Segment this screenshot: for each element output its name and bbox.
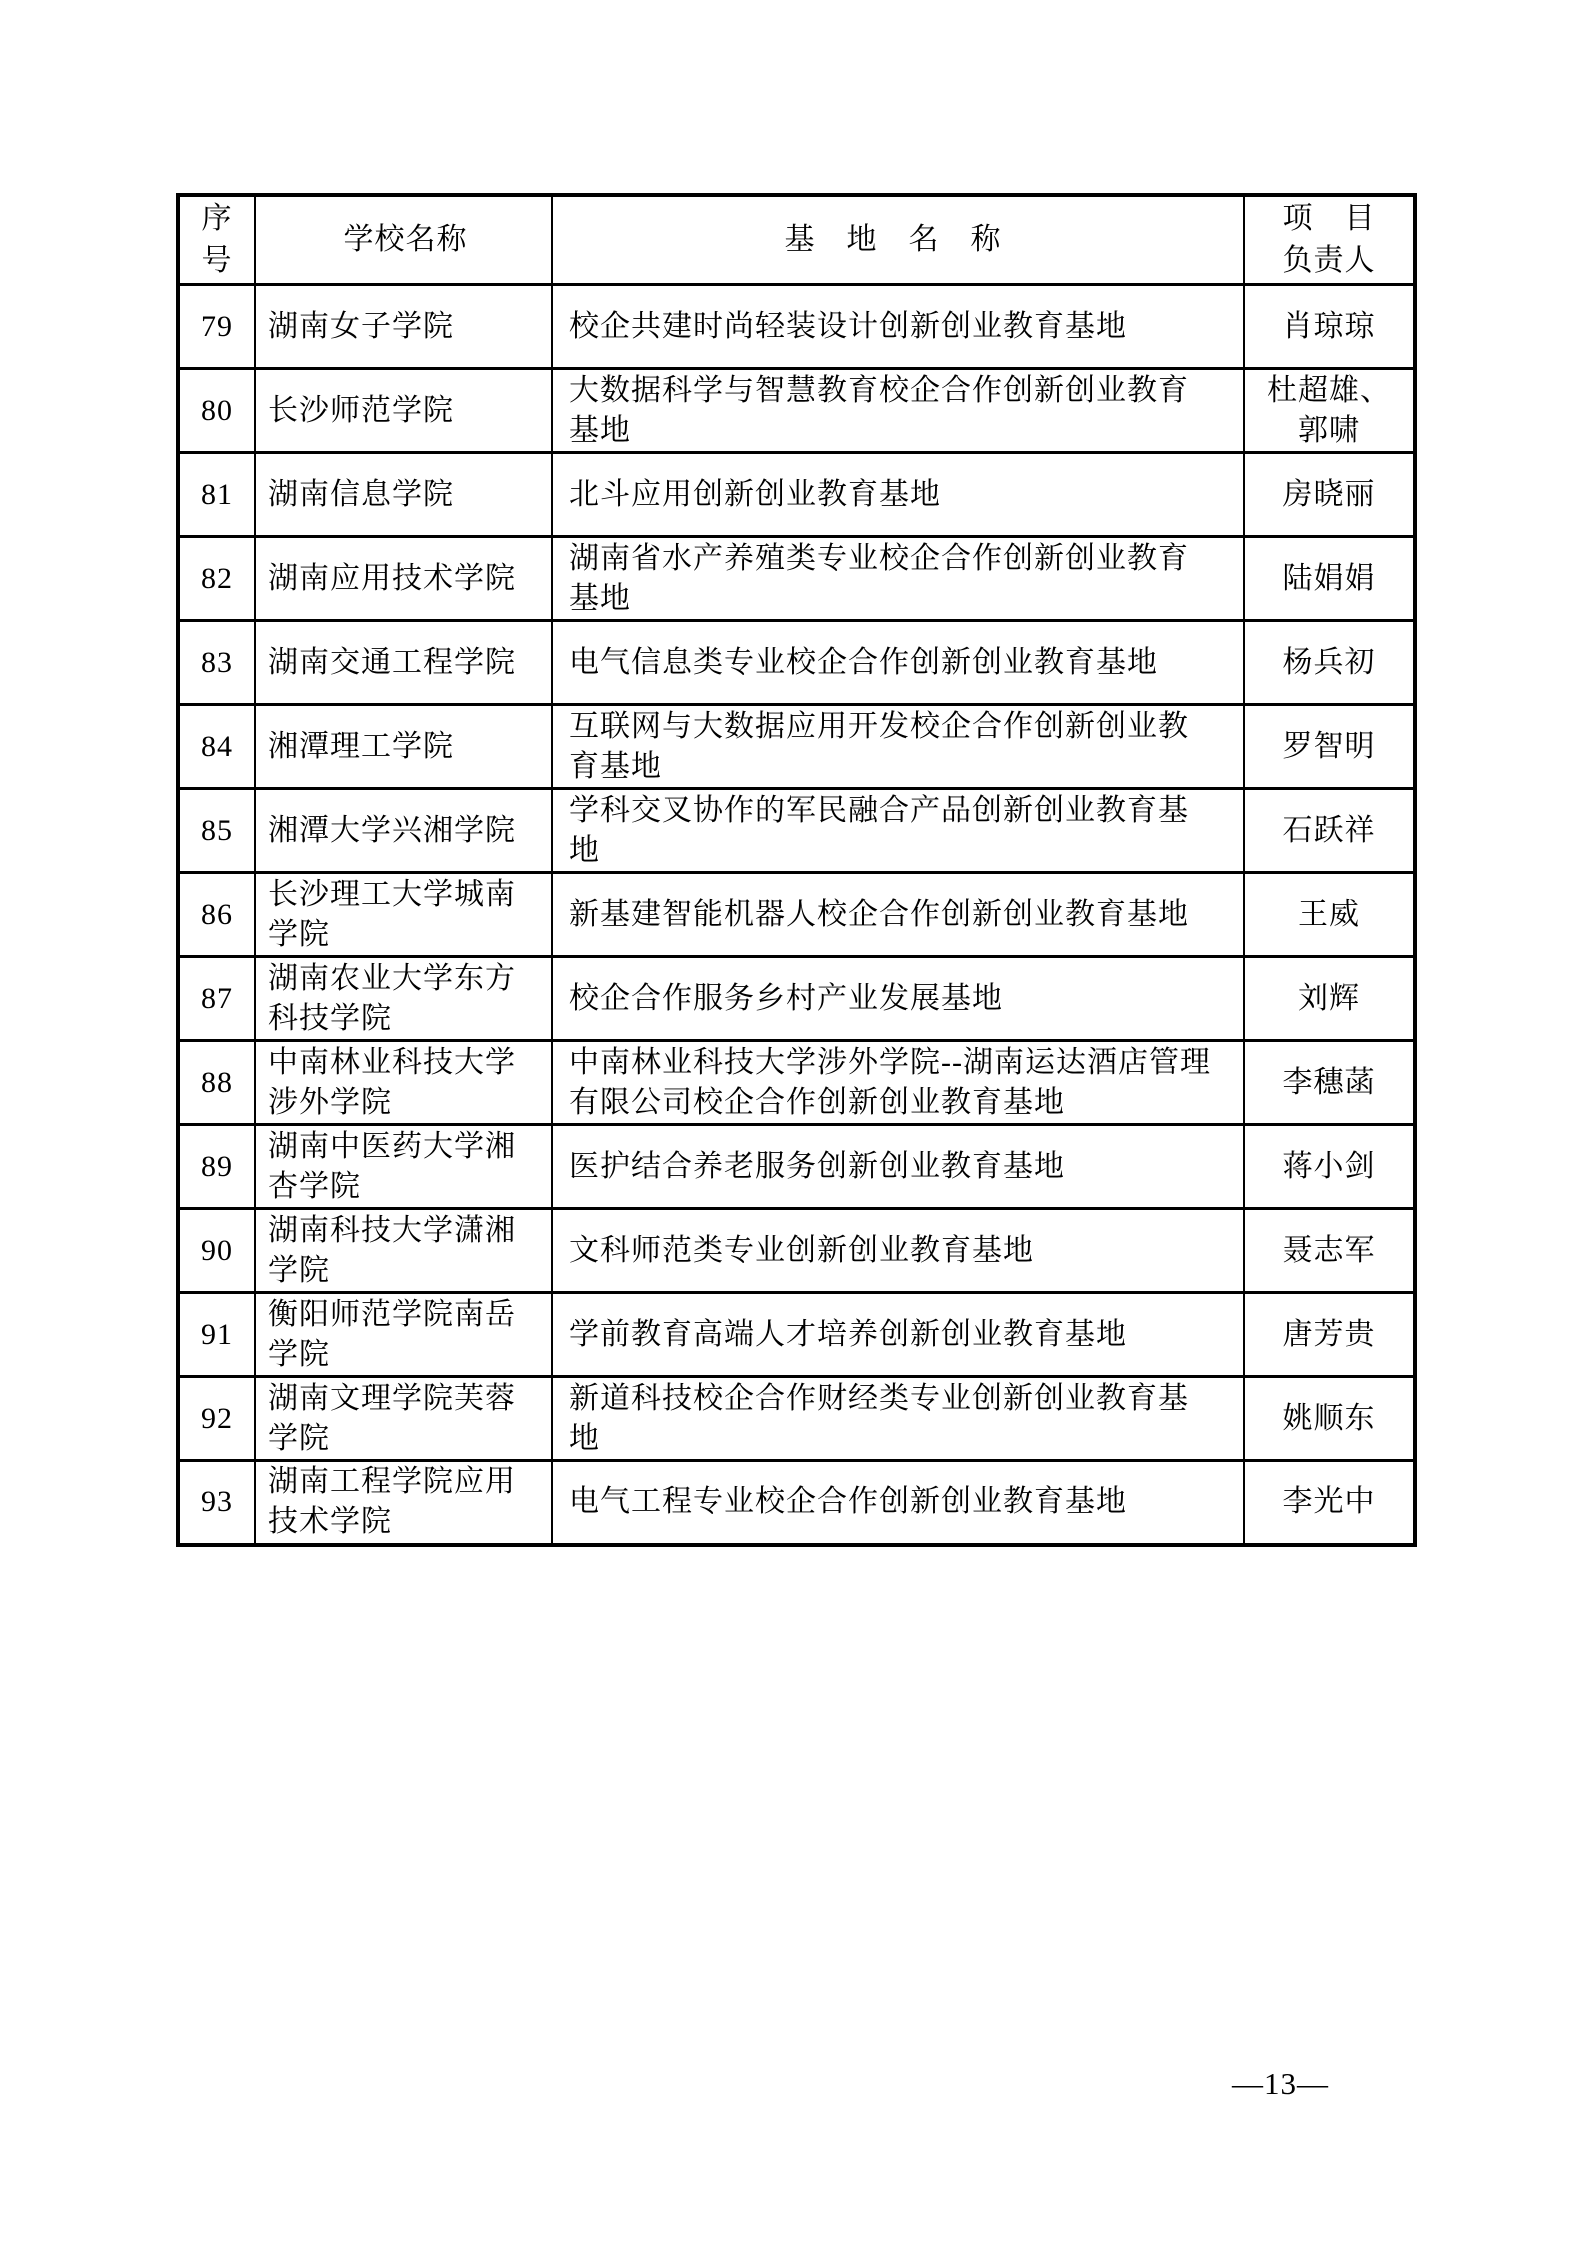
table-row: 82 湖南应用技术学院 湖南省水产养殖类专业校企合作创新创业教育基地 陆娟娟 (178, 537, 1415, 621)
base-name: 互联网与大数据应用开发校企合作创新创业教育基地 (552, 705, 1244, 789)
base-name: 医护结合养老服务创新创业教育基地 (552, 1125, 1244, 1209)
school-name: 湖南信息学院 (255, 453, 552, 537)
header-school: 学校名称 (255, 195, 552, 285)
page-number: —13— (1232, 2066, 1329, 2102)
header-leader: 项 目 负责人 (1244, 195, 1415, 285)
table-row: 85 湘潭大学兴湘学院 学科交叉协作的军民融合产品创新创业教育基地 石跃祥 (178, 789, 1415, 873)
row-no: 93 (178, 1461, 255, 1545)
base-name: 新基建智能机器人校企合作创新创业教育基地 (552, 873, 1244, 957)
project-leader: 蒋小剑 (1244, 1125, 1415, 1209)
base-name: 大数据科学与智慧教育校企合作创新创业教育基地 (552, 369, 1244, 453)
table-row: 89 湖南中医药大学湘杏学院 医护结合养老服务创新创业教育基地 蒋小剑 (178, 1125, 1415, 1209)
header-no: 序 号 (178, 195, 255, 285)
table-row: 79 湖南女子学院 校企共建时尚轻装设计创新创业教育基地 肖琼琼 (178, 285, 1415, 369)
project-leader: 刘辉 (1244, 957, 1415, 1041)
school-name: 湖南科技大学潇湘学院 (255, 1209, 552, 1293)
project-leader: 李穗菡 (1244, 1041, 1415, 1125)
school-name: 湖南交通工程学院 (255, 621, 552, 705)
project-leader: 罗智明 (1244, 705, 1415, 789)
school-name: 湖南农业大学东方科技学院 (255, 957, 552, 1041)
table-row: 84 湘潭理工学院 互联网与大数据应用开发校企合作创新创业教育基地 罗智明 (178, 705, 1415, 789)
row-no: 88 (178, 1041, 255, 1125)
row-no: 90 (178, 1209, 255, 1293)
school-name: 湘潭大学兴湘学院 (255, 789, 552, 873)
table-row: 81 湖南信息学院 北斗应用创新创业教育基地 房晓丽 (178, 453, 1415, 537)
base-name: 学科交叉协作的军民融合产品创新创业教育基地 (552, 789, 1244, 873)
base-name: 电气信息类专业校企合作创新创业教育基地 (552, 621, 1244, 705)
header-row: 序 号 学校名称 基 地 名 称 项 目 负责人 (178, 195, 1415, 285)
row-no: 86 (178, 873, 255, 957)
row-no: 82 (178, 537, 255, 621)
table-row: 86 长沙理工大学城南学院 新基建智能机器人校企合作创新创业教育基地 王威 (178, 873, 1415, 957)
base-name: 北斗应用创新创业教育基地 (552, 453, 1244, 537)
project-leader: 姚顺东 (1244, 1377, 1415, 1461)
row-no: 92 (178, 1377, 255, 1461)
education-base-table: 序 号 学校名称 基 地 名 称 项 目 负责人 79 湖南女子学院 校企共建时… (176, 193, 1417, 1547)
base-name: 新道科技校企合作财经类专业创新创业教育基地 (552, 1377, 1244, 1461)
school-name: 长沙师范学院 (255, 369, 552, 453)
project-leader: 陆娟娟 (1244, 537, 1415, 621)
table-row: 93 湖南工程学院应用技术学院 电气工程专业校企合作创新创业教育基地 李光中 (178, 1461, 1415, 1545)
project-leader: 杜超雄、郭啸 (1244, 369, 1415, 453)
row-no: 91 (178, 1293, 255, 1377)
school-name: 湖南应用技术学院 (255, 537, 552, 621)
project-leader: 李光中 (1244, 1461, 1415, 1545)
base-name: 湖南省水产养殖类专业校企合作创新创业教育基地 (552, 537, 1244, 621)
row-no: 80 (178, 369, 255, 453)
table-row: 88 中南林业科技大学涉外学院 中南林业科技大学涉外学院--湖南运达酒店管理有限… (178, 1041, 1415, 1125)
table-row: 92 湖南文理学院芙蓉学院 新道科技校企合作财经类专业创新创业教育基地 姚顺东 (178, 1377, 1415, 1461)
school-name: 湖南文理学院芙蓉学院 (255, 1377, 552, 1461)
school-name: 长沙理工大学城南学院 (255, 873, 552, 957)
school-name: 湘潭理工学院 (255, 705, 552, 789)
project-leader: 王威 (1244, 873, 1415, 957)
project-leader: 石跃祥 (1244, 789, 1415, 873)
row-no: 84 (178, 705, 255, 789)
row-no: 81 (178, 453, 255, 537)
base-name: 校企合作服务乡村产业发展基地 (552, 957, 1244, 1041)
project-leader: 唐芳贵 (1244, 1293, 1415, 1377)
project-leader: 肖琼琼 (1244, 285, 1415, 369)
school-name: 衡阳师范学院南岳学院 (255, 1293, 552, 1377)
header-base: 基 地 名 称 (552, 195, 1244, 285)
base-name: 电气工程专业校企合作创新创业教育基地 (552, 1461, 1244, 1545)
school-name: 湖南女子学院 (255, 285, 552, 369)
base-name: 学前教育高端人才培养创新创业教育基地 (552, 1293, 1244, 1377)
row-no: 87 (178, 957, 255, 1041)
table-row: 91 衡阳师范学院南岳学院 学前教育高端人才培养创新创业教育基地 唐芳贵 (178, 1293, 1415, 1377)
project-leader: 房晓丽 (1244, 453, 1415, 537)
table-row: 83 湖南交通工程学院 电气信息类专业校企合作创新创业教育基地 杨兵初 (178, 621, 1415, 705)
school-name: 湖南工程学院应用技术学院 (255, 1461, 552, 1545)
table-body: 79 湖南女子学院 校企共建时尚轻装设计创新创业教育基地 肖琼琼 80 长沙师范… (178, 285, 1415, 1545)
table-header: 序 号 学校名称 基 地 名 称 项 目 负责人 (178, 195, 1415, 285)
base-name: 校企共建时尚轻装设计创新创业教育基地 (552, 285, 1244, 369)
base-name: 中南林业科技大学涉外学院--湖南运达酒店管理有限公司校企合作创新创业教育基地 (552, 1041, 1244, 1125)
row-no: 89 (178, 1125, 255, 1209)
document-page: 序 号 学校名称 基 地 名 称 项 目 负责人 79 湖南女子学院 校企共建时… (0, 0, 1587, 2245)
project-leader: 杨兵初 (1244, 621, 1415, 705)
table-row: 87 湖南农业大学东方科技学院 校企合作服务乡村产业发展基地 刘辉 (178, 957, 1415, 1041)
base-name: 文科师范类专业创新创业教育基地 (552, 1209, 1244, 1293)
project-leader: 聂志军 (1244, 1209, 1415, 1293)
row-no: 85 (178, 789, 255, 873)
table-row: 80 长沙师范学院 大数据科学与智慧教育校企合作创新创业教育基地 杜超雄、郭啸 (178, 369, 1415, 453)
table-row: 90 湖南科技大学潇湘学院 文科师范类专业创新创业教育基地 聂志军 (178, 1209, 1415, 1293)
school-name: 湖南中医药大学湘杏学院 (255, 1125, 552, 1209)
row-no: 83 (178, 621, 255, 705)
school-name: 中南林业科技大学涉外学院 (255, 1041, 552, 1125)
row-no: 79 (178, 285, 255, 369)
